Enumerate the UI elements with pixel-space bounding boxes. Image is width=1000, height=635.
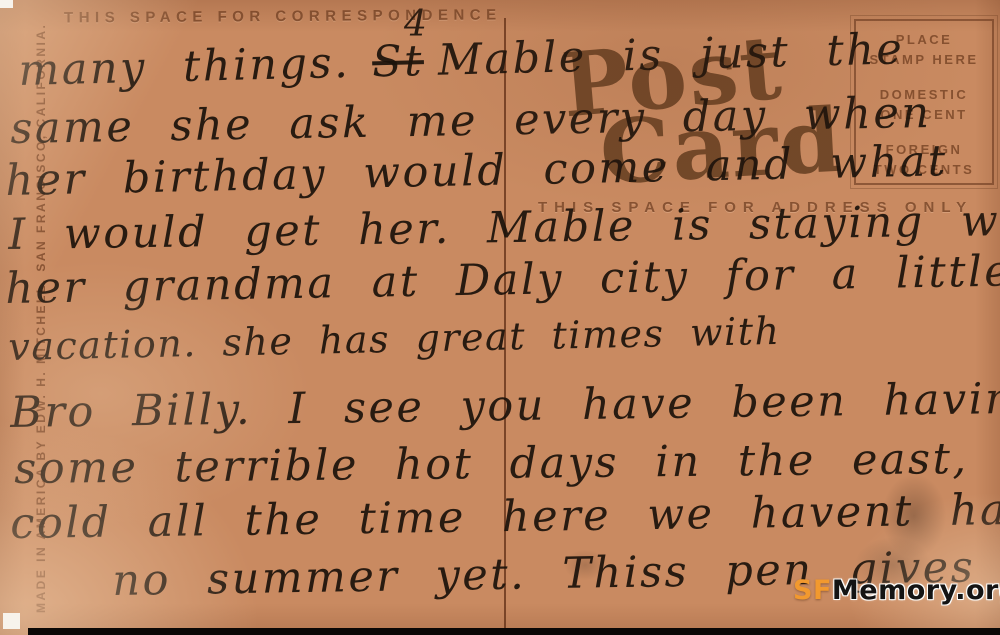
- handwriting-line: her grandma at Daly city for a little: [5, 250, 1000, 311]
- handwriting-line: some terrible hot days in the east, it i…: [14, 436, 1000, 491]
- watermark-prefix: SF: [793, 575, 832, 606]
- handwriting-text: Mable is just the: [437, 24, 905, 85]
- scan-edge-bar: [28, 628, 1000, 635]
- scan-corner-notch-topleft: [0, 0, 13, 8]
- handwriting-line: Bro Billy. I see you have been having: [10, 378, 1000, 435]
- sfmemory-watermark: SFMemory.org: [793, 575, 1000, 606]
- handwriting-line: cold all the time here we havent had: [10, 489, 1000, 546]
- scan-corner-notch-bottomleft: [3, 613, 20, 629]
- watermark-suffix: Memory.org: [832, 575, 1000, 606]
- correspondence-label: THIS SPACE FOR CORRESPONDENCE: [64, 6, 502, 26]
- postcard-scan: Post Card THIS SPACE FOR CORRESPONDENCE …: [0, 0, 1000, 635]
- handwriting-line: vacation. she has great times with: [8, 312, 781, 366]
- handwriting-text: many things.: [18, 38, 351, 96]
- handwriting-crossed-out-word: St: [372, 36, 425, 87]
